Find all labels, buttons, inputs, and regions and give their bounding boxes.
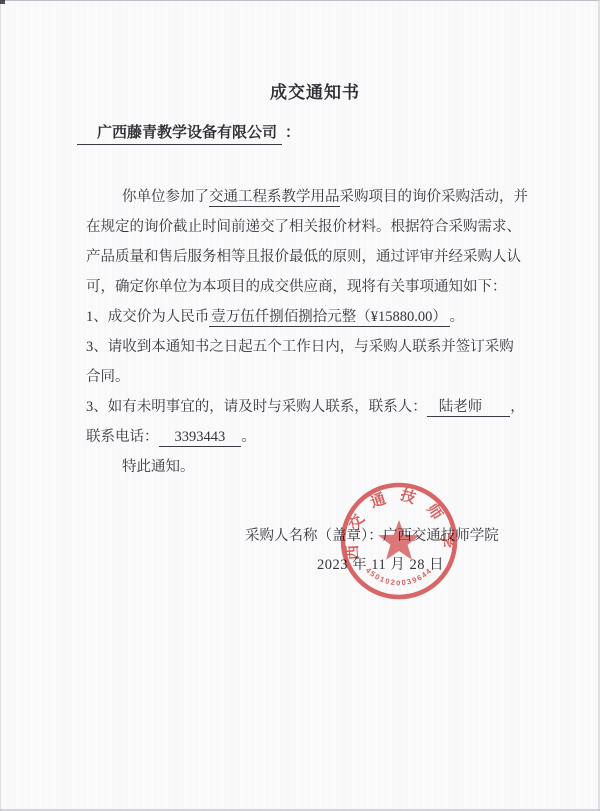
paragraph-line-3: 产品质量和售后服务相等且报价最低的原则，通过评审并经采购人认 [86,242,548,272]
item-3-prefix: 3、如有未明事宜的，请及时与采购人联系，联系人： [86,399,427,415]
item-3-comma: ， [510,399,525,415]
paragraph-line-4: 可，确定你单位为本项目的成交供应商，现将有关事项通知如下： [86,272,548,302]
document-title: 成交通知书 [15,78,600,103]
paragraph-line-2: 在规定的询价截止时间前递交了相关报价材料。根据符合采购需求、 [86,212,548,242]
scanned-document-page: 成交通知书 广西藤青教学设备有限公司： 你单位参加了交通工程系教学用品采购项目的… [0,0,600,811]
official-seal-stamp: 广西交通技师学院 4501020039644 [338,480,460,602]
item-1-price-line: 1、成交价为人民币壹万伍仟捌佰捌拾元整（¥15880.00）。 [86,302,548,332]
recipient-company-name: 广西藤青教学设备有限公司 [77,121,282,145]
phone-number-field: 3393443 [159,429,242,447]
stamp-star-icon [378,520,420,560]
stamp-serial-number: 4501020039644 [364,566,434,588]
item-1-period: 。 [450,309,465,325]
item-3-line-1: 3、如有未明事宜的，请及时与采购人联系，联系人：陆老师， [86,392,548,422]
item-1-prefix: 1、成交价为人民币 [86,309,209,325]
document-body: 你单位参加了交通工程系教学用品采购项目的询价采购活动，并 在规定的询价截止时间前… [86,182,548,482]
item-3-period: 。 [241,429,256,445]
recipient-line: 广西藤青教学设备有限公司： [77,121,300,145]
project-name-underlined: 交通工程系教学用品 [209,189,340,207]
item-3-line-2: 联系电话：3393443。 [86,422,548,452]
scan-edge-top [0,0,600,1]
scan-corner-artifact [0,0,5,4]
paragraph-line-1-post: 采购项目的询价采购活动，并 [340,189,529,205]
item-2-line-2: 合同。 [86,362,548,392]
contact-name-field: 陆老师 [427,399,511,417]
scan-edge-left [0,0,1,811]
paragraph-line-1-pre: 你单位参加了 [122,189,209,205]
item-2-line-1: 3、请收到本通知书之日起五个工作日内，与采购人联系并签订采购 [86,332,548,362]
recipient-colon: ： [285,125,300,141]
award-price-field: 壹万伍仟捌佰捌拾元整（¥15880.00） [209,309,449,327]
paragraph-line-1: 你单位参加了交通工程系教学用品采购项目的询价采购活动，并 [86,182,548,212]
svg-text:4501020039644: 4501020039644 [364,566,434,588]
phone-label: 联系电话： [86,429,159,445]
closing-line: 特此通知。 [86,452,548,482]
